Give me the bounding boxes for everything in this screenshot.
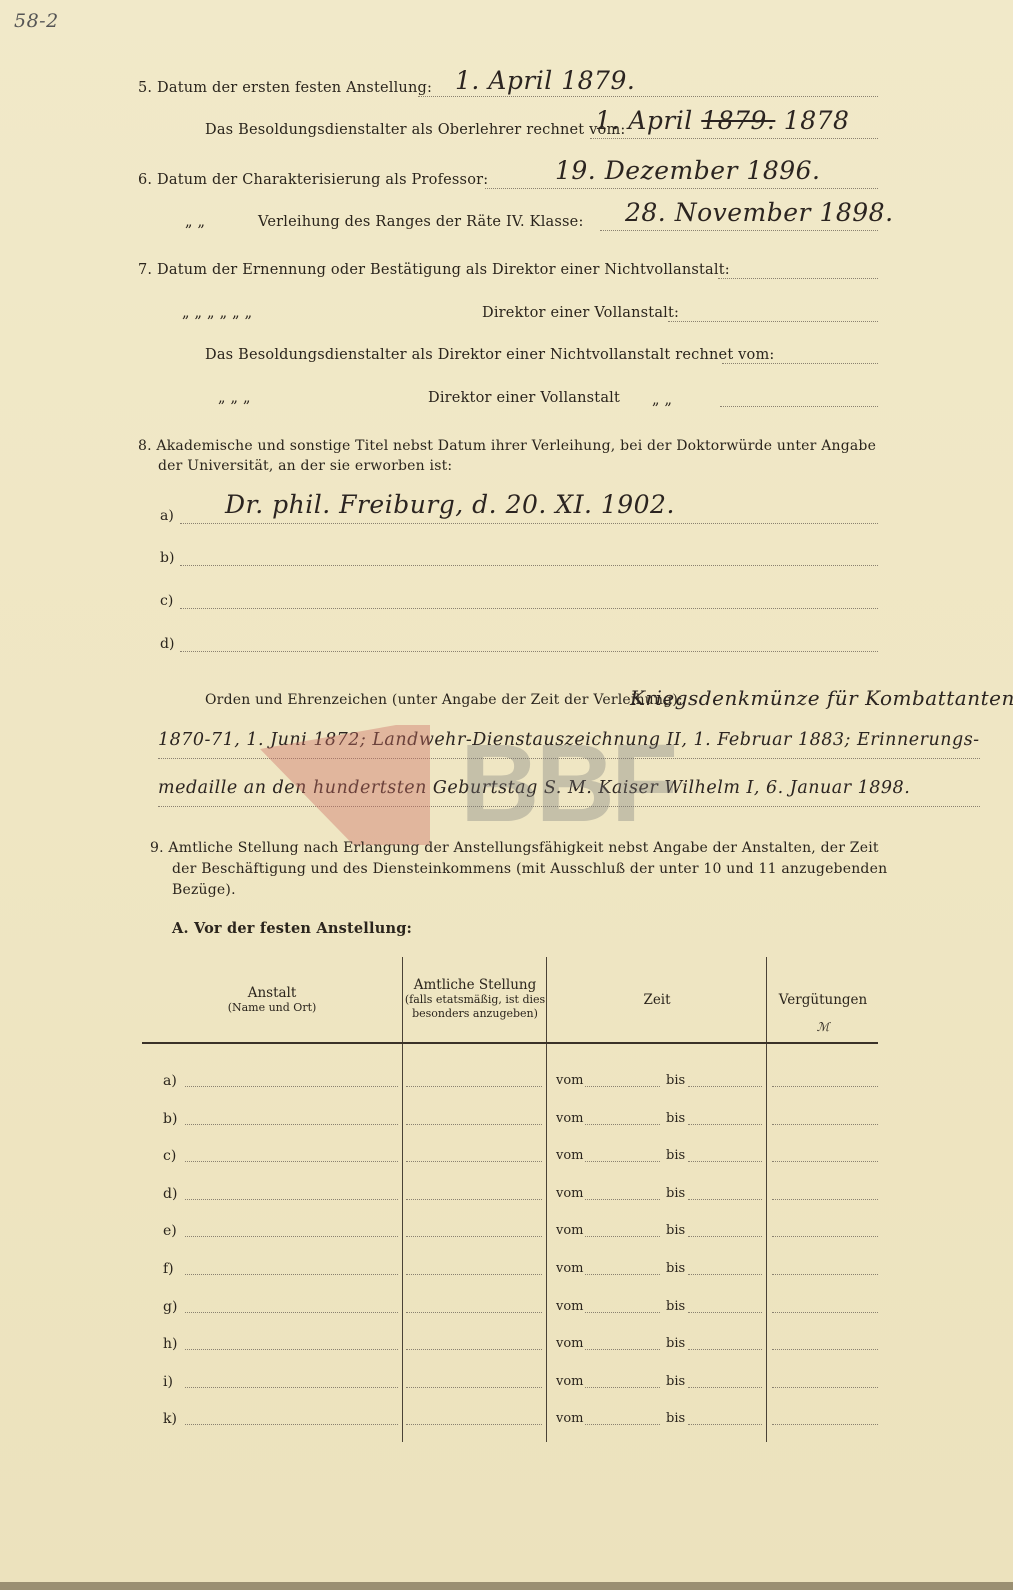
table-header-rule <box>142 1042 878 1044</box>
to-date-field[interactable] <box>688 1086 762 1087</box>
from-date-field[interactable] <box>585 1236 660 1237</box>
from-date-field[interactable] <box>585 1086 660 1087</box>
section7-ditto-row: „ „ „ „ „ „ <box>182 305 252 321</box>
anstalt-field[interactable] <box>185 1387 398 1388</box>
section9-subsection-title: A. Vor der festen Anstellung: <box>172 920 412 937</box>
col-header-zeit: Zeit <box>548 992 766 1008</box>
struck-year: 1879. <box>701 106 775 135</box>
to-label: bis <box>666 1186 685 1201</box>
stellung-field[interactable] <box>406 1124 542 1125</box>
section6-rank-value: 28. November 1898. <box>625 198 894 227</box>
to-label: bis <box>666 1111 685 1126</box>
to-label: bis <box>666 1336 685 1351</box>
table-divider-2 <box>546 957 547 1442</box>
section8-label-line2: der Universität, an der sie erworben ist… <box>158 458 452 474</box>
section7-seniority-line <box>722 363 878 364</box>
to-date-field[interactable] <box>688 1387 762 1388</box>
section6-label: 6. Datum der Charakterisierung als Profe… <box>138 172 488 188</box>
anstalt-field[interactable] <box>185 1236 398 1237</box>
section6-ditto: „ „ <box>185 214 205 230</box>
verguetung-field[interactable] <box>772 1424 878 1425</box>
stellung-field[interactable] <box>406 1312 542 1313</box>
orders-line1: Kriegsdenkmünze für Kombattanten <box>630 686 1013 710</box>
section7-label: 7. Datum der Ernennung oder Bestätigung … <box>138 262 730 278</box>
row-letter: h) <box>163 1336 177 1352</box>
anstalt-field[interactable] <box>185 1161 398 1162</box>
to-date-field[interactable] <box>688 1161 762 1162</box>
section7-vollanstalt-label: Direktor einer Vollanstalt: <box>482 305 679 321</box>
section6-rank-label: Verleihung des Ranges der Räte IV. Klass… <box>258 214 584 230</box>
document-page: 58-2 5. Datum der ersten festen Anstellu… <box>0 0 1013 1590</box>
from-date-field[interactable] <box>585 1124 660 1125</box>
section7-line <box>718 278 878 279</box>
stellung-field[interactable] <box>406 1199 542 1200</box>
section5-seniority-value: 1. April 1879. 1878 <box>595 106 849 135</box>
section8-item-a-line <box>180 523 878 524</box>
to-date-field[interactable] <box>688 1274 762 1275</box>
anstalt-field[interactable] <box>185 1274 398 1275</box>
from-label: vom <box>556 1223 584 1238</box>
section9-label-line1: 9. Amtliche Stellung nach Erlangung der … <box>150 840 879 856</box>
section8-item-a-letter: a) <box>160 508 174 524</box>
to-label: bis <box>666 1411 685 1426</box>
verguetung-field[interactable] <box>772 1086 878 1087</box>
anstalt-field[interactable] <box>185 1349 398 1350</box>
to-label: bis <box>666 1148 685 1163</box>
stellung-field[interactable] <box>406 1387 542 1388</box>
to-date-field[interactable] <box>688 1199 762 1200</box>
corrected-year: 1878 <box>784 106 850 135</box>
to-date-field[interactable] <box>688 1349 762 1350</box>
from-label: vom <box>556 1299 584 1314</box>
from-label: vom <box>556 1374 584 1389</box>
stellung-field[interactable] <box>406 1349 542 1350</box>
from-date-field[interactable] <box>585 1274 660 1275</box>
section5-value: 1. April 1879. <box>455 66 635 95</box>
verguetung-field[interactable] <box>772 1199 878 1200</box>
section8-item-c-line <box>180 608 878 609</box>
section8-item-d-line <box>180 651 878 652</box>
row-letter: e) <box>163 1223 177 1239</box>
from-label: vom <box>556 1148 584 1163</box>
to-date-field[interactable] <box>688 1124 762 1125</box>
col-header-stellung: Amtliche Stellung (falls etatsmäßig, ist… <box>404 977 546 1021</box>
orders-line2: 1870-71, 1. Juni 1872; Landwehr-Dienstau… <box>158 730 980 750</box>
to-date-field[interactable] <box>688 1424 762 1425</box>
section5-seniority-line <box>590 138 878 139</box>
section9-label-line3: Bezüge). <box>172 882 236 898</box>
col-header-anstalt: Anstalt (Name und Ort) <box>142 985 402 1015</box>
orders-line2-rule <box>158 758 980 759</box>
verguetung-field[interactable] <box>772 1161 878 1162</box>
row-letter: a) <box>163 1073 177 1089</box>
to-label: bis <box>666 1374 685 1389</box>
verguetung-field[interactable] <box>772 1349 878 1350</box>
section6-rank-line <box>600 230 878 231</box>
section5-label: 5. Datum der ersten festen Anstellung: <box>138 80 432 96</box>
section5-seniority-label: Das Besoldungsdienstalter als Oberlehrer… <box>205 122 626 138</box>
anstalt-field[interactable] <box>185 1086 398 1087</box>
from-label: vom <box>556 1111 584 1126</box>
to-label: bis <box>666 1261 685 1276</box>
section8-label-line1: 8. Akademische und sonstige Titel nebst … <box>138 438 876 454</box>
to-label: bis <box>666 1299 685 1314</box>
section7-vollanstalt-label2: Direktor einer Vollanstalt <box>428 390 620 406</box>
section8-item-a-value: Dr. phil. Freiburg, d. 20. XI. 1902. <box>225 490 675 519</box>
from-date-field[interactable] <box>585 1312 660 1313</box>
section7-ditto-tail: „ „ <box>652 392 672 408</box>
to-label: bis <box>666 1073 685 1088</box>
orders-label: Orden und Ehrenzeichen (unter Angabe der… <box>205 692 683 708</box>
from-label: vom <box>556 1261 584 1276</box>
verguetung-field[interactable] <box>772 1124 878 1125</box>
anstalt-field[interactable] <box>185 1199 398 1200</box>
verguetung-field[interactable] <box>772 1387 878 1388</box>
section5-line <box>418 96 878 97</box>
section8-item-b-line <box>180 565 878 566</box>
archive-number: 58-2 <box>14 10 59 32</box>
section7-ditto-row2: „ „ „ <box>218 390 251 406</box>
col-header-verguetungen: Vergütungen ℳ <box>768 992 878 1034</box>
section8-item-d-letter: d) <box>160 636 174 652</box>
anstalt-field[interactable] <box>185 1124 398 1125</box>
section8-item-b-letter: b) <box>160 550 174 566</box>
anstalt-field[interactable] <box>185 1424 398 1425</box>
section7-vollanstalt-line2 <box>720 406 878 407</box>
section7-seniority-label: Das Besoldungsdienstalter als Direktor e… <box>205 347 775 363</box>
row-letter: d) <box>163 1186 177 1202</box>
row-letter: i) <box>163 1374 173 1390</box>
stellung-field[interactable] <box>406 1161 542 1162</box>
table-divider-1 <box>402 957 403 1442</box>
from-label: vom <box>556 1073 584 1088</box>
from-date-field[interactable] <box>585 1161 660 1162</box>
stellung-field[interactable] <box>406 1236 542 1237</box>
to-date-field[interactable] <box>688 1312 762 1313</box>
from-date-field[interactable] <box>585 1424 660 1425</box>
row-letter: k) <box>163 1411 177 1427</box>
from-label: vom <box>556 1336 584 1351</box>
row-letter: g) <box>163 1299 177 1315</box>
to-date-field[interactable] <box>688 1236 762 1237</box>
stellung-field[interactable] <box>406 1274 542 1275</box>
stellung-field[interactable] <box>406 1086 542 1087</box>
orders-line3-rule <box>158 806 980 807</box>
from-date-field[interactable] <box>585 1349 660 1350</box>
from-date-field[interactable] <box>585 1199 660 1200</box>
stellung-field[interactable] <box>406 1424 542 1425</box>
verguetung-field[interactable] <box>772 1274 878 1275</box>
section8-item-c-letter: c) <box>160 593 173 609</box>
mark-currency-symbol: ℳ <box>768 1020 878 1034</box>
verguetung-field[interactable] <box>772 1236 878 1237</box>
anstalt-field[interactable] <box>185 1312 398 1313</box>
row-letter: c) <box>163 1148 176 1164</box>
from-label: vom <box>556 1186 584 1201</box>
to-label: bis <box>666 1223 685 1238</box>
section6-line <box>485 188 878 189</box>
from-label: vom <box>556 1411 584 1426</box>
orders-line3: medaille an den hundertsten Geburtstag S… <box>158 778 910 798</box>
verguetung-field[interactable] <box>772 1312 878 1313</box>
section7-vollanstalt-line <box>668 321 878 322</box>
from-date-field[interactable] <box>585 1387 660 1388</box>
table-divider-3 <box>766 957 767 1442</box>
row-letter: b) <box>163 1111 177 1127</box>
section9-label-line2: der Beschäftigung und des Diensteinkomme… <box>172 861 887 877</box>
row-letter: f) <box>163 1261 174 1277</box>
section6-value: 19. Dezember 1896. <box>555 156 820 185</box>
